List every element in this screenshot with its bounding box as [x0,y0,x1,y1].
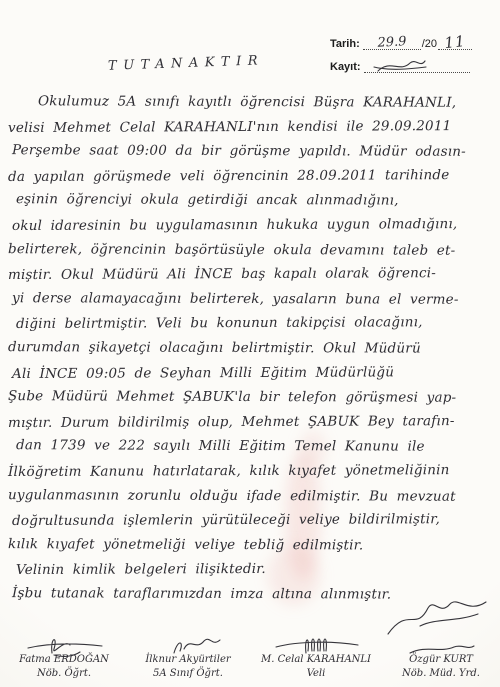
year-dotted-line: 11 [438,36,472,50]
handwritten-line: eşinin öğrenciyi okula getirdiği ancak a… [8,188,494,214]
signature-block: İlknur Akyürtiler 5A Sınıf Öğrt. [126,635,250,679]
registry-label: Kayıt: [330,61,361,73]
handwritten-line: durumdan şikayetçi olacağını belirtmişti… [8,335,494,361]
handwritten-line: velisi Mehmet Celal KARAHANLI'nın kendis… [8,114,494,141]
handwritten-line: uygulanmasının zorunlu olduğu ifade edil… [8,483,494,509]
signer-name: Fatma ERDOĞAN [8,654,120,665]
date-field: Tarih: 29.9 /20 11 [330,36,488,50]
date-label: Tarih: [330,38,360,50]
handwritten-line: yi derse alamayacağını belirterek, yasal… [8,286,494,312]
signature-block: Özgür KURT Nöb. Müd. Yrd. [390,641,492,679]
signer-name: Özgür KURT [390,654,492,665]
signer-role: Veli [248,668,384,679]
signer-role: Nöb. Müd. Yrd. [390,668,492,679]
signature-flourish [386,596,490,638]
signer-name: İlknur Akyürtiler [126,654,250,665]
registry-scribble-mark [372,58,428,76]
handwritten-line: Velinin kimlik belgeleri ilişiktedir. [8,556,494,583]
handwritten-line: belirterek, öğrencinin başörtüsüyle okul… [8,237,494,263]
handwritten-year: 11 [437,31,473,52]
registry-field: Kayıt: [330,59,488,73]
header-fields: Tarih: 29.9 /20 11 Kayıt: [330,36,488,82]
document-body: Okulumuz 5A sınıfı kayıtlı öğrencisi Büş… [8,90,494,606]
handwritten-line: mıştır. Durum bildirilmiş olup, Mehmet Ş… [8,409,494,436]
handwritten-line: Okulumuz 5A sınıfı kayıtlı öğrencisi Büş… [8,89,494,115]
date-dotted-line: 29.9 [363,36,421,50]
handwritten-line: İlköğretim Kanunu hatırlatarak, kılık kı… [8,458,494,485]
registry-dotted-line [364,59,470,73]
scanned-document-page: Tarih: 29.9 /20 11 Kayıt: TUTANAKTIR Oku… [0,0,500,687]
handwritten-line: miştir. Okul Müdürü Ali İNCE baş kapalı … [8,261,494,288]
signer-name: M. Celal KARAHANLI [248,654,384,665]
signature-block: M. Celal KARAHANLI Veli [248,631,384,679]
handwritten-line: da yapılan görüşmede veli öğrencinin 28.… [8,163,494,190]
handwritten-date: 29.9 [362,33,421,51]
handwritten-line: Ali İNCE 09:05 de Seyhan Milli Eğitim Mü… [8,359,494,386]
handwritten-line: doğrultusunda işlemlerin yürütüleceği ve… [8,507,494,534]
handwritten-line: okul idaresinin bu uygulamasının hukuka … [8,212,494,239]
signer-role: 5A Sınıf Öğrt. [126,668,250,679]
handwritten-line: kılık kıyafet yönetmeliği veliye tebliğ … [8,532,494,558]
printed-year-prefix: /20 [422,38,437,50]
handwritten-line: diğini belirtmiştir. Veli bu konunun tak… [8,310,494,337]
signer-role: Nöb. Öğrt. [8,668,120,679]
handwritten-line: Perşembe saat 09:00 da bir görüşme yapıl… [8,138,494,164]
document-title: TUTANAKTIR [108,53,264,73]
signature-block: Fatma ERDOĞAN Nöb. Öğrt. [8,633,120,679]
handwritten-line: Şube Müdürü Mehmet ŞABUK'la bir telefon … [8,384,494,410]
handwritten-line: dan 1739 ve 222 sayılı Milli Eğitim Teme… [8,433,494,459]
